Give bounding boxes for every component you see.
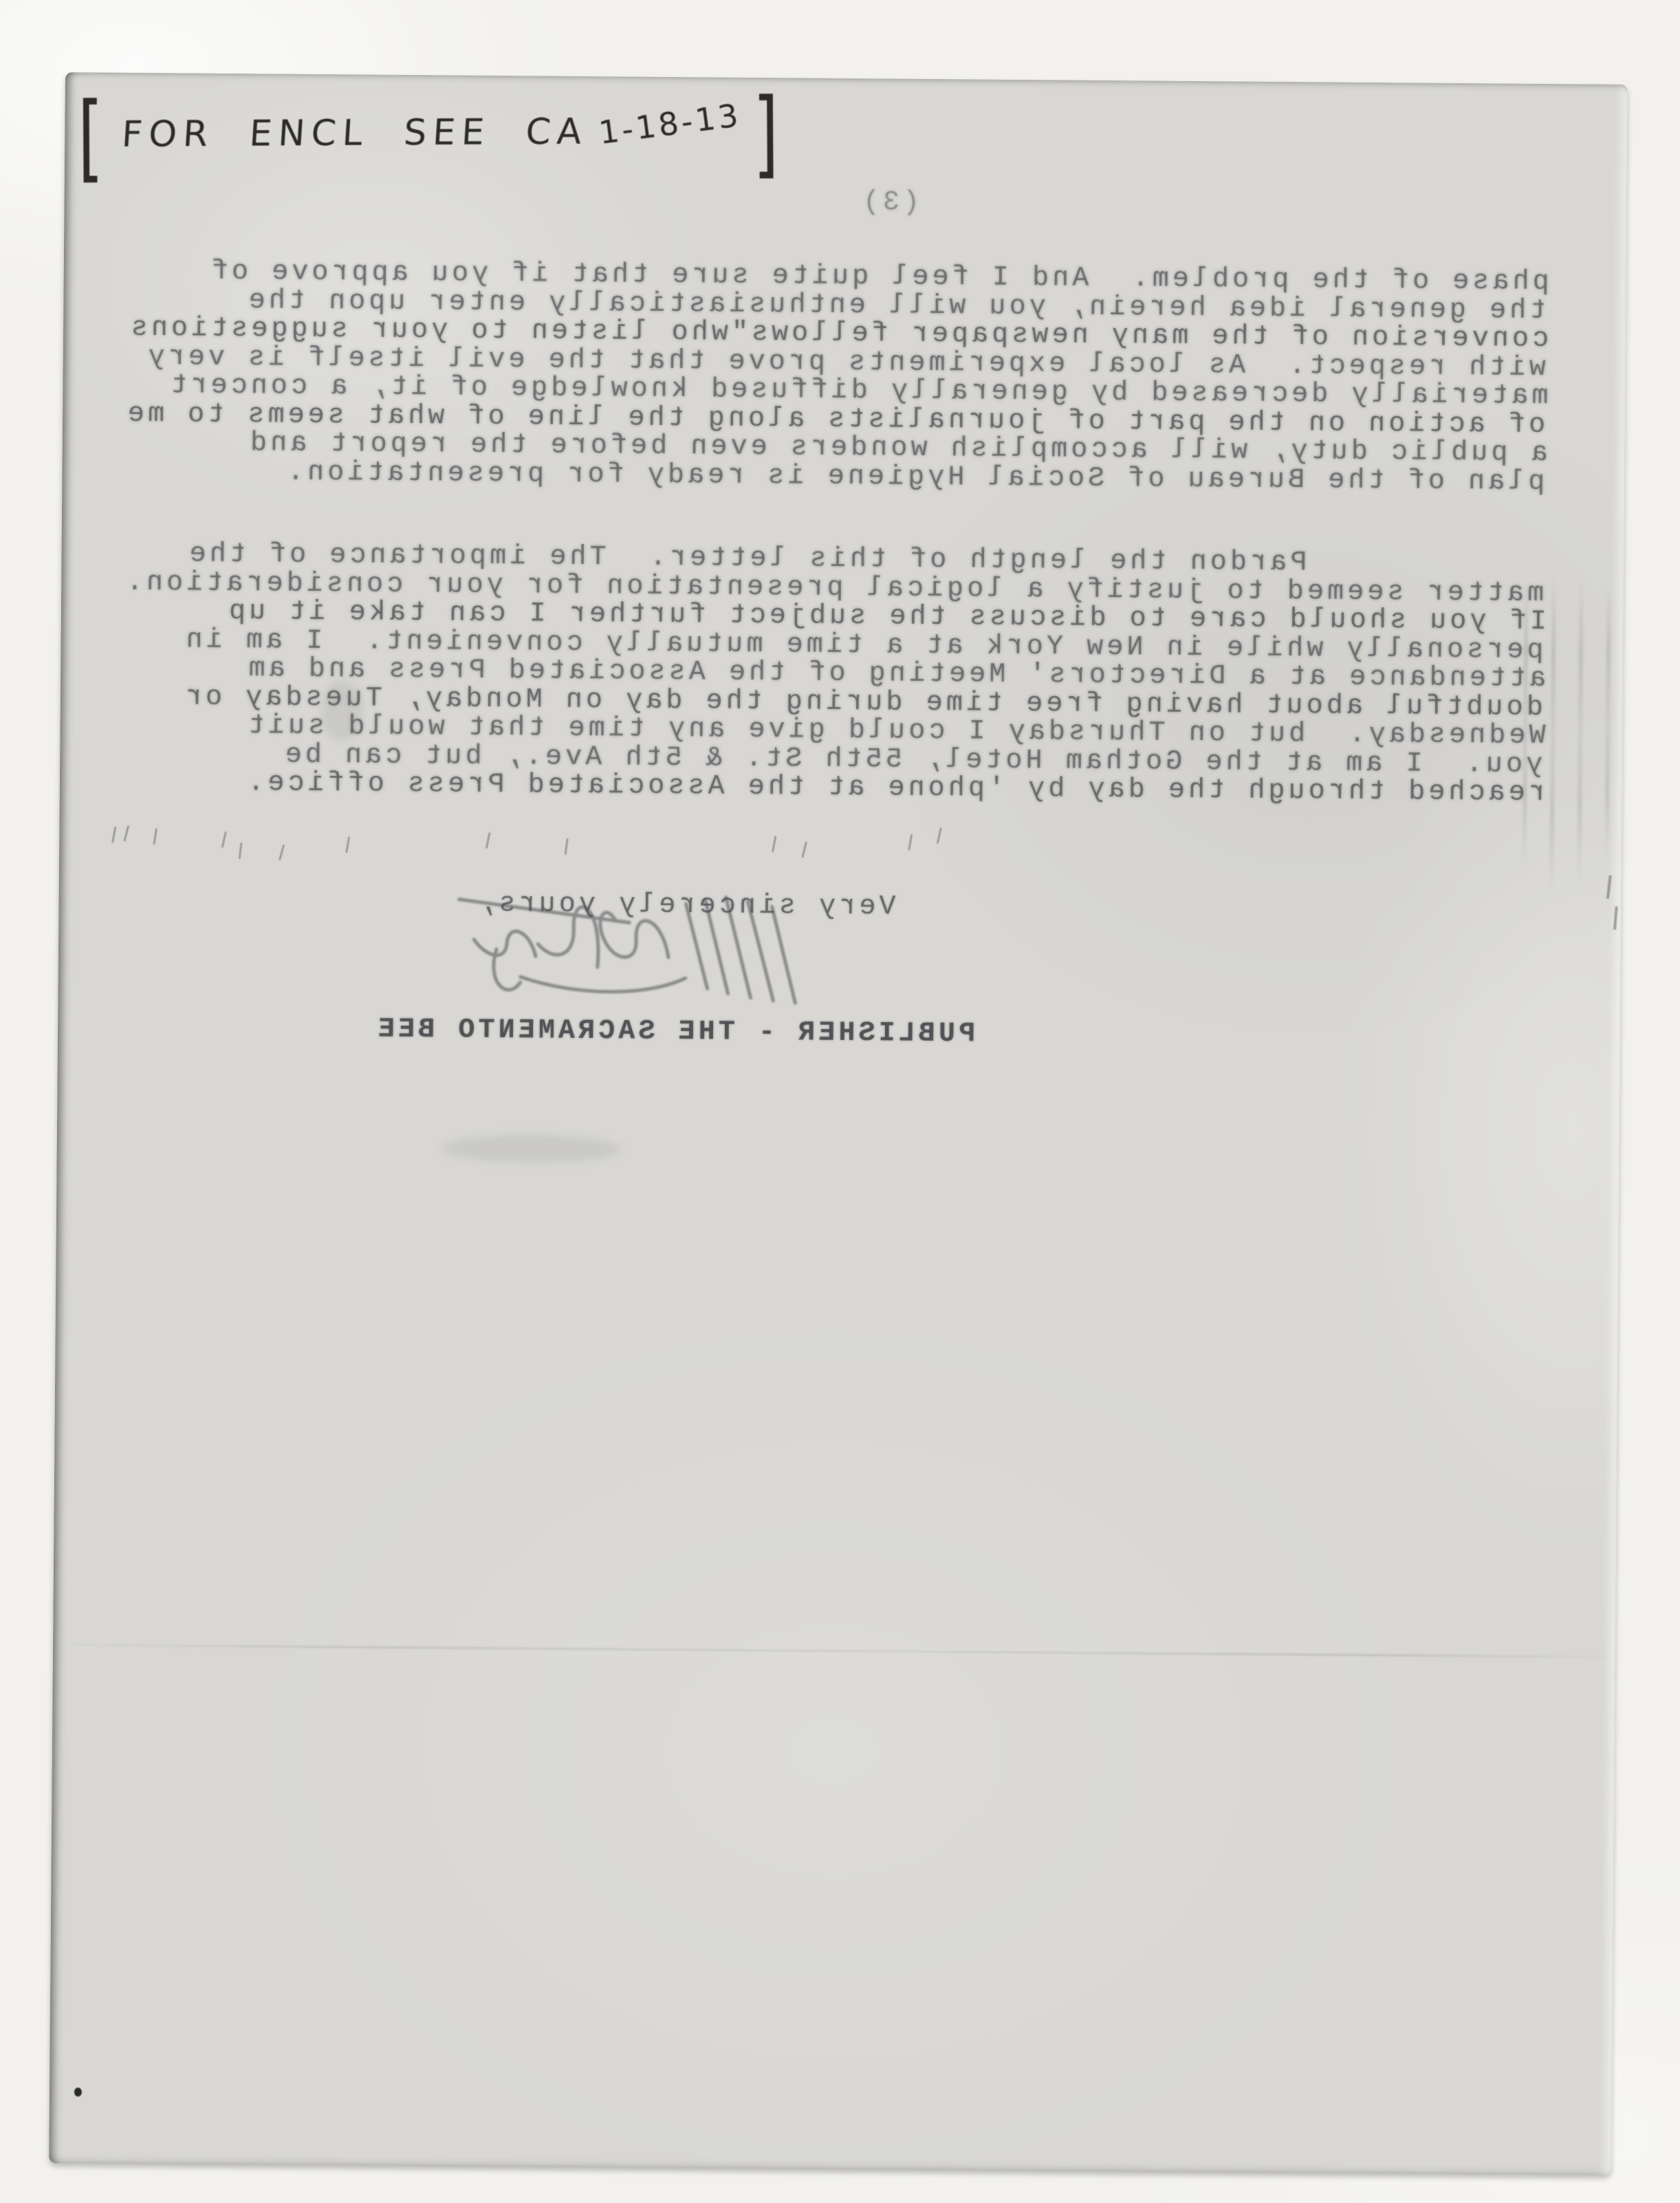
- paragraph-2: Pardon the length of this letter. The im…: [94, 539, 1547, 807]
- signature-scrawl: [424, 873, 810, 1034]
- letter-body: phase of the problem. And I feel quite s…: [94, 257, 1549, 807]
- sender-byline: PUBLISHER - THE SACRAMENTO BEE: [375, 1014, 975, 1050]
- ink-speck: [74, 2087, 82, 2096]
- page-number: (3): [858, 187, 920, 219]
- paragraph-1: phase of the problem. And I feel quite s…: [96, 257, 1549, 497]
- scanned-letter-screenshot: { "annotation": { "left_bracket": "[", "…: [0, 0, 1680, 2203]
- scanned-page: [ FOR ENCL SEE CA 1-18-13 ] (3) phase of…: [49, 72, 1628, 2175]
- bleed-through-layer: (3) phase of the problem. And I feel qui…: [49, 72, 1628, 2175]
